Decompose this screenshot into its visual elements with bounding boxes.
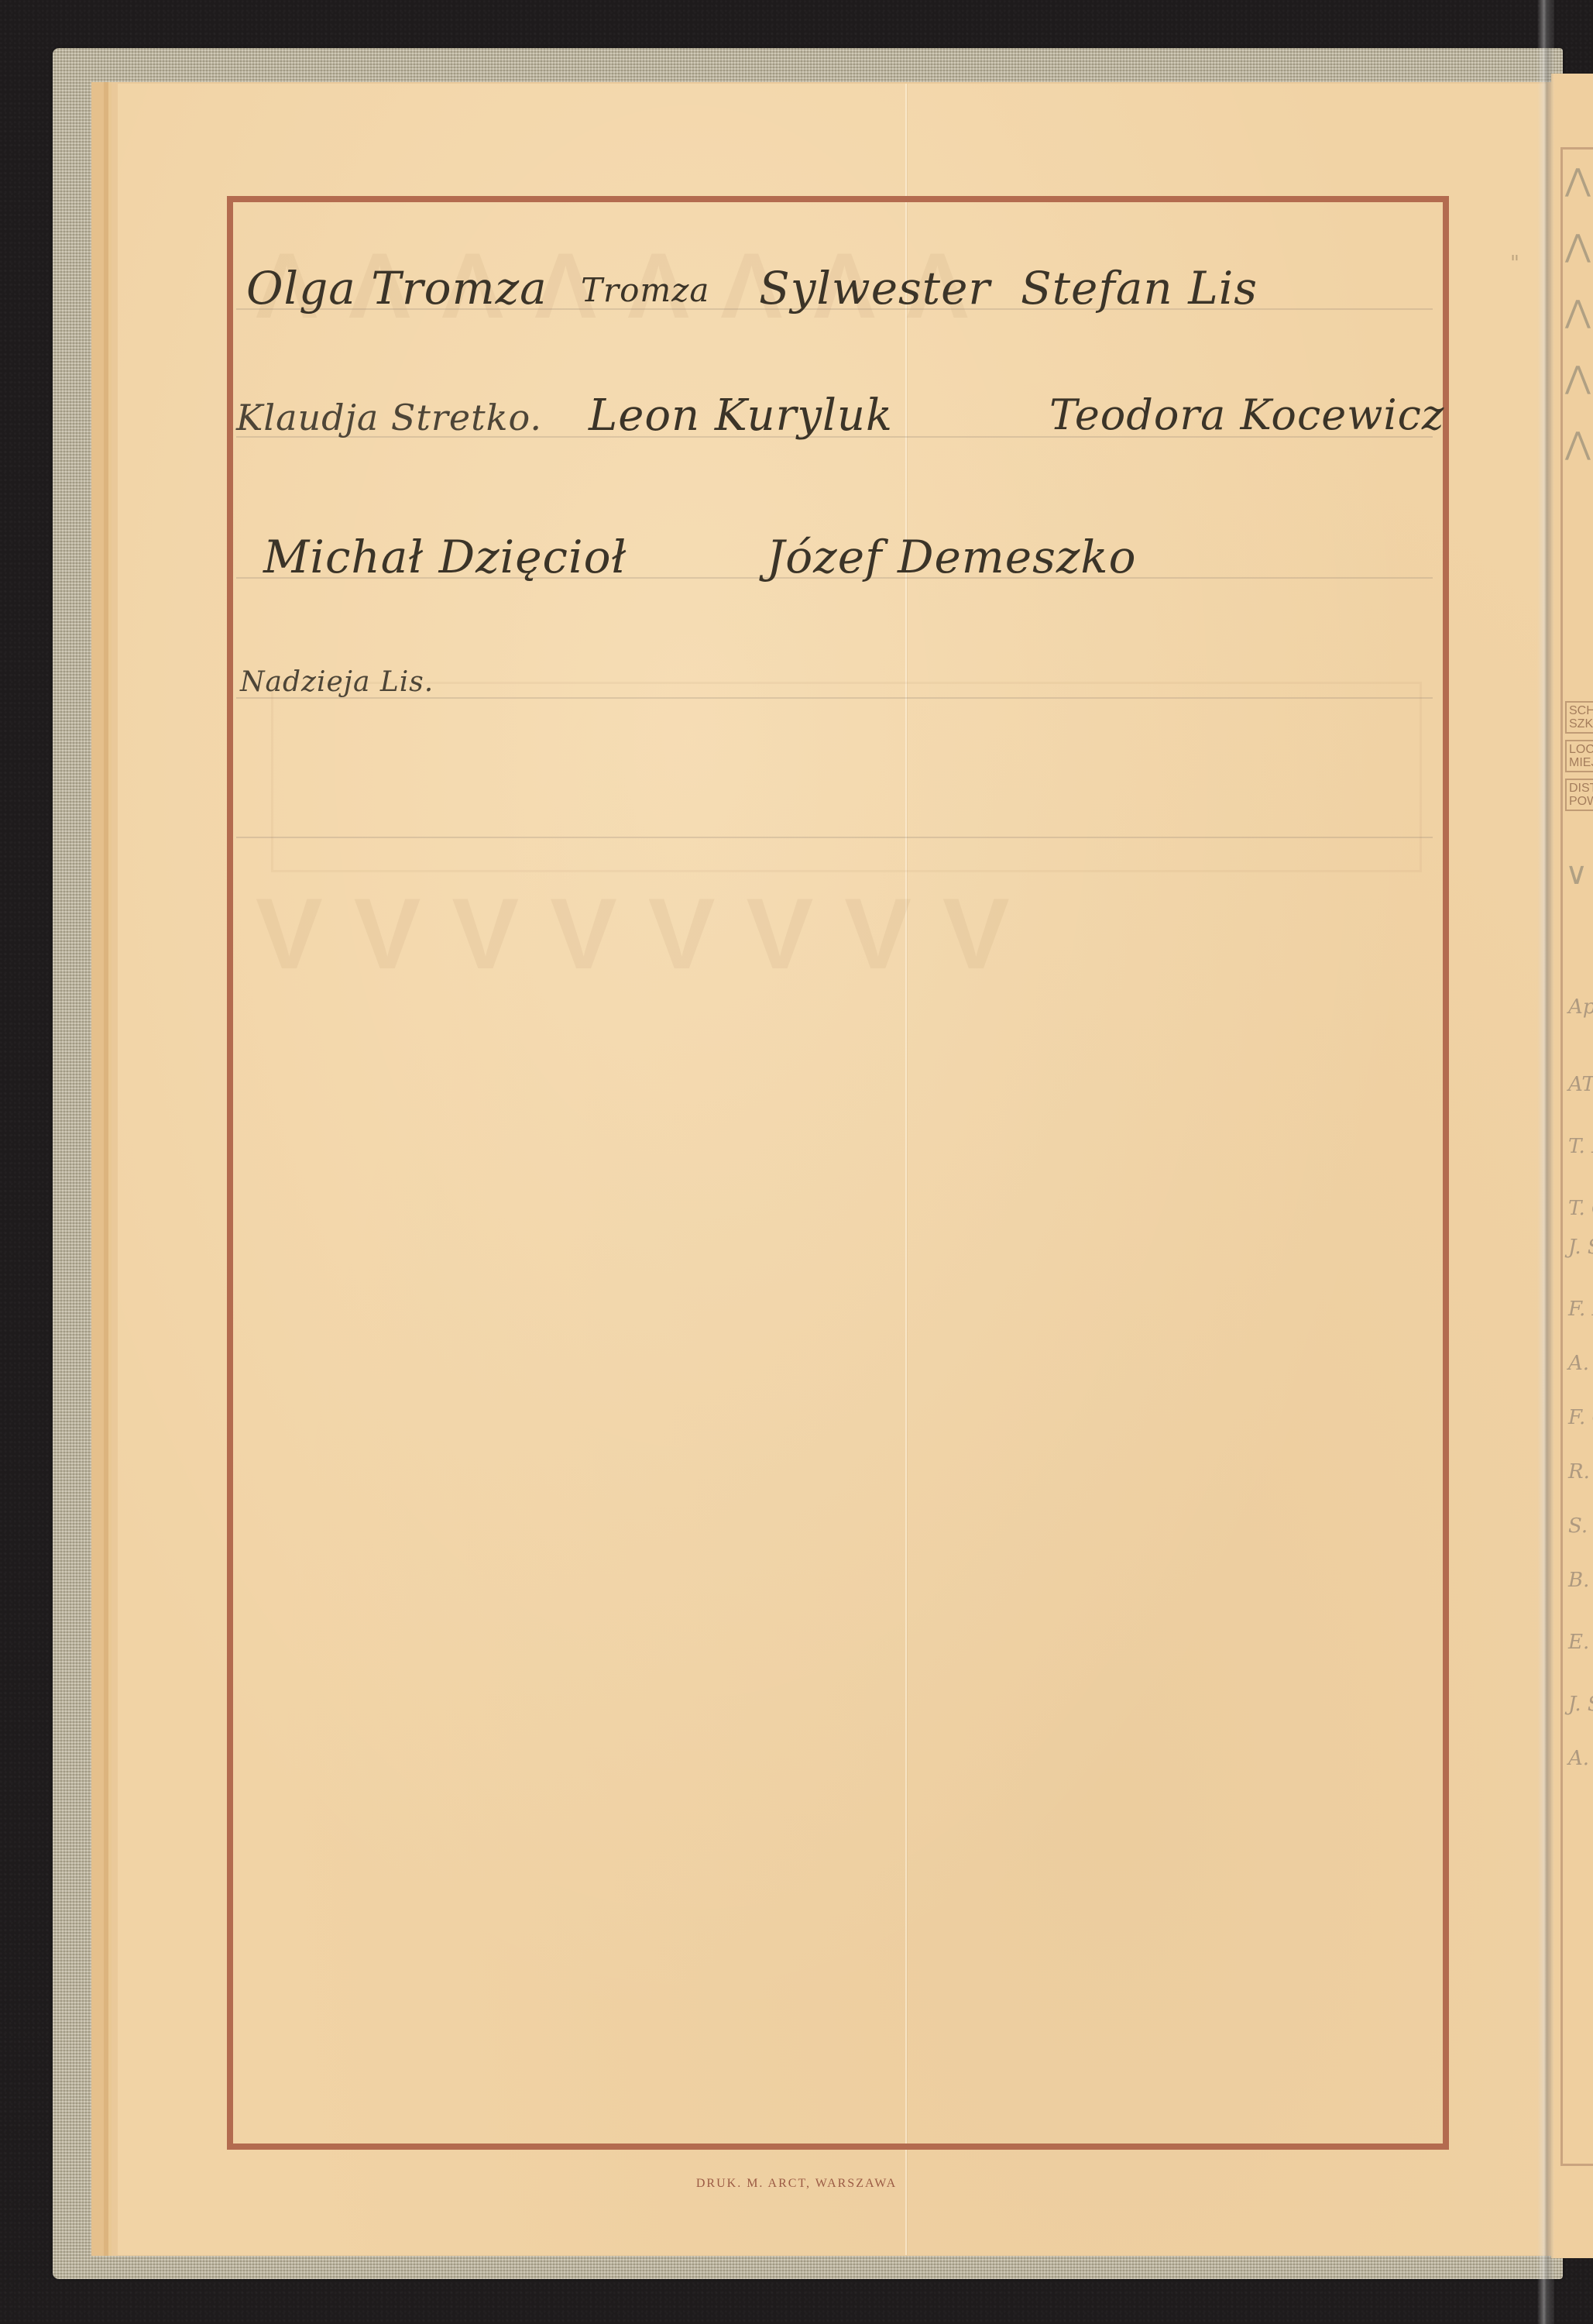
stray-ink-mark: " [1510, 252, 1519, 275]
printer-imprint: DRUK. M. ARCT, WARSZAWA [0, 2177, 1593, 2191]
adjacent-handwritten-initial: T. G [1568, 1197, 1593, 1220]
adjacent-handwritten-initial: Ap [1568, 995, 1593, 1019]
adjacent-ornament-icon: ⋀ [1565, 229, 1591, 264]
handwritten-name: Stefan Lis [1021, 262, 1258, 315]
adjacent-ornament-icon: ∨ [1565, 856, 1588, 892]
adjacent-handwritten-initial: AT [1568, 1073, 1593, 1096]
handwritten-name: Michał Dzięcioł [263, 531, 627, 583]
adjacent-form-label: SCHOSZKO [1565, 701, 1593, 734]
adjacent-handwritten-initial: J. S [1568, 1693, 1593, 1716]
handwritten-name: Sylwester [759, 262, 990, 315]
adjacent-ornament-icon: ⋀ [1565, 360, 1591, 396]
handwritten-name: Tromza [581, 271, 709, 309]
adjacent-handwritten-initial: A. K [1568, 1747, 1593, 1770]
adjacent-page: ⋀ ⋀ ⋀ ⋀ ⋀ SCHOSZKO LOCAMIEJ DISTRPOW ∨ A… [1551, 74, 1593, 2258]
baseline-row-5 [236, 837, 1433, 838]
handwritten-name: Klaudja Stretko. [236, 397, 542, 438]
adjacent-handwritten-initial: B. [1568, 1569, 1589, 1592]
adjacent-handwritten-initial: A. K [1568, 1352, 1593, 1375]
handwritten-name: Olga Tromza [246, 262, 548, 315]
adjacent-handwritten-initial: T. B [1568, 1135, 1593, 1158]
adjacent-handwritten-initial: S. D [1568, 1514, 1593, 1538]
adjacent-handwritten-initial: E. Z [1568, 1631, 1593, 1654]
adjacent-form-label: DISTRPOW [1565, 779, 1593, 811]
acetate-spine-strip [1537, 0, 1554, 2324]
adjacent-ornament-icon: ⋀ [1565, 163, 1591, 198]
handwritten-name: Leon Kuryluk [589, 390, 893, 441]
adjacent-handwritten-initial: J. S [1568, 1236, 1593, 1259]
handwritten-name: Nadzieja Lis. [240, 666, 434, 698]
adjacent-handwritten-initial: F. G [1568, 1406, 1593, 1429]
handwritten-name: Teodora Kocewicz [1049, 390, 1444, 439]
handwritten-name: Józef Demeszko [767, 531, 1137, 583]
adjacent-ornament-icon: ⋀ [1565, 426, 1591, 462]
adjacent-form-label: LOCAMIEJ [1565, 740, 1593, 772]
adjacent-handwritten-initial: F. P [1568, 1298, 1593, 1321]
adjacent-handwritten-initial: R. S [1568, 1460, 1593, 1483]
printed-border-frame [227, 196, 1449, 2150]
adjacent-ornament-icon: ⋀ [1565, 294, 1591, 330]
